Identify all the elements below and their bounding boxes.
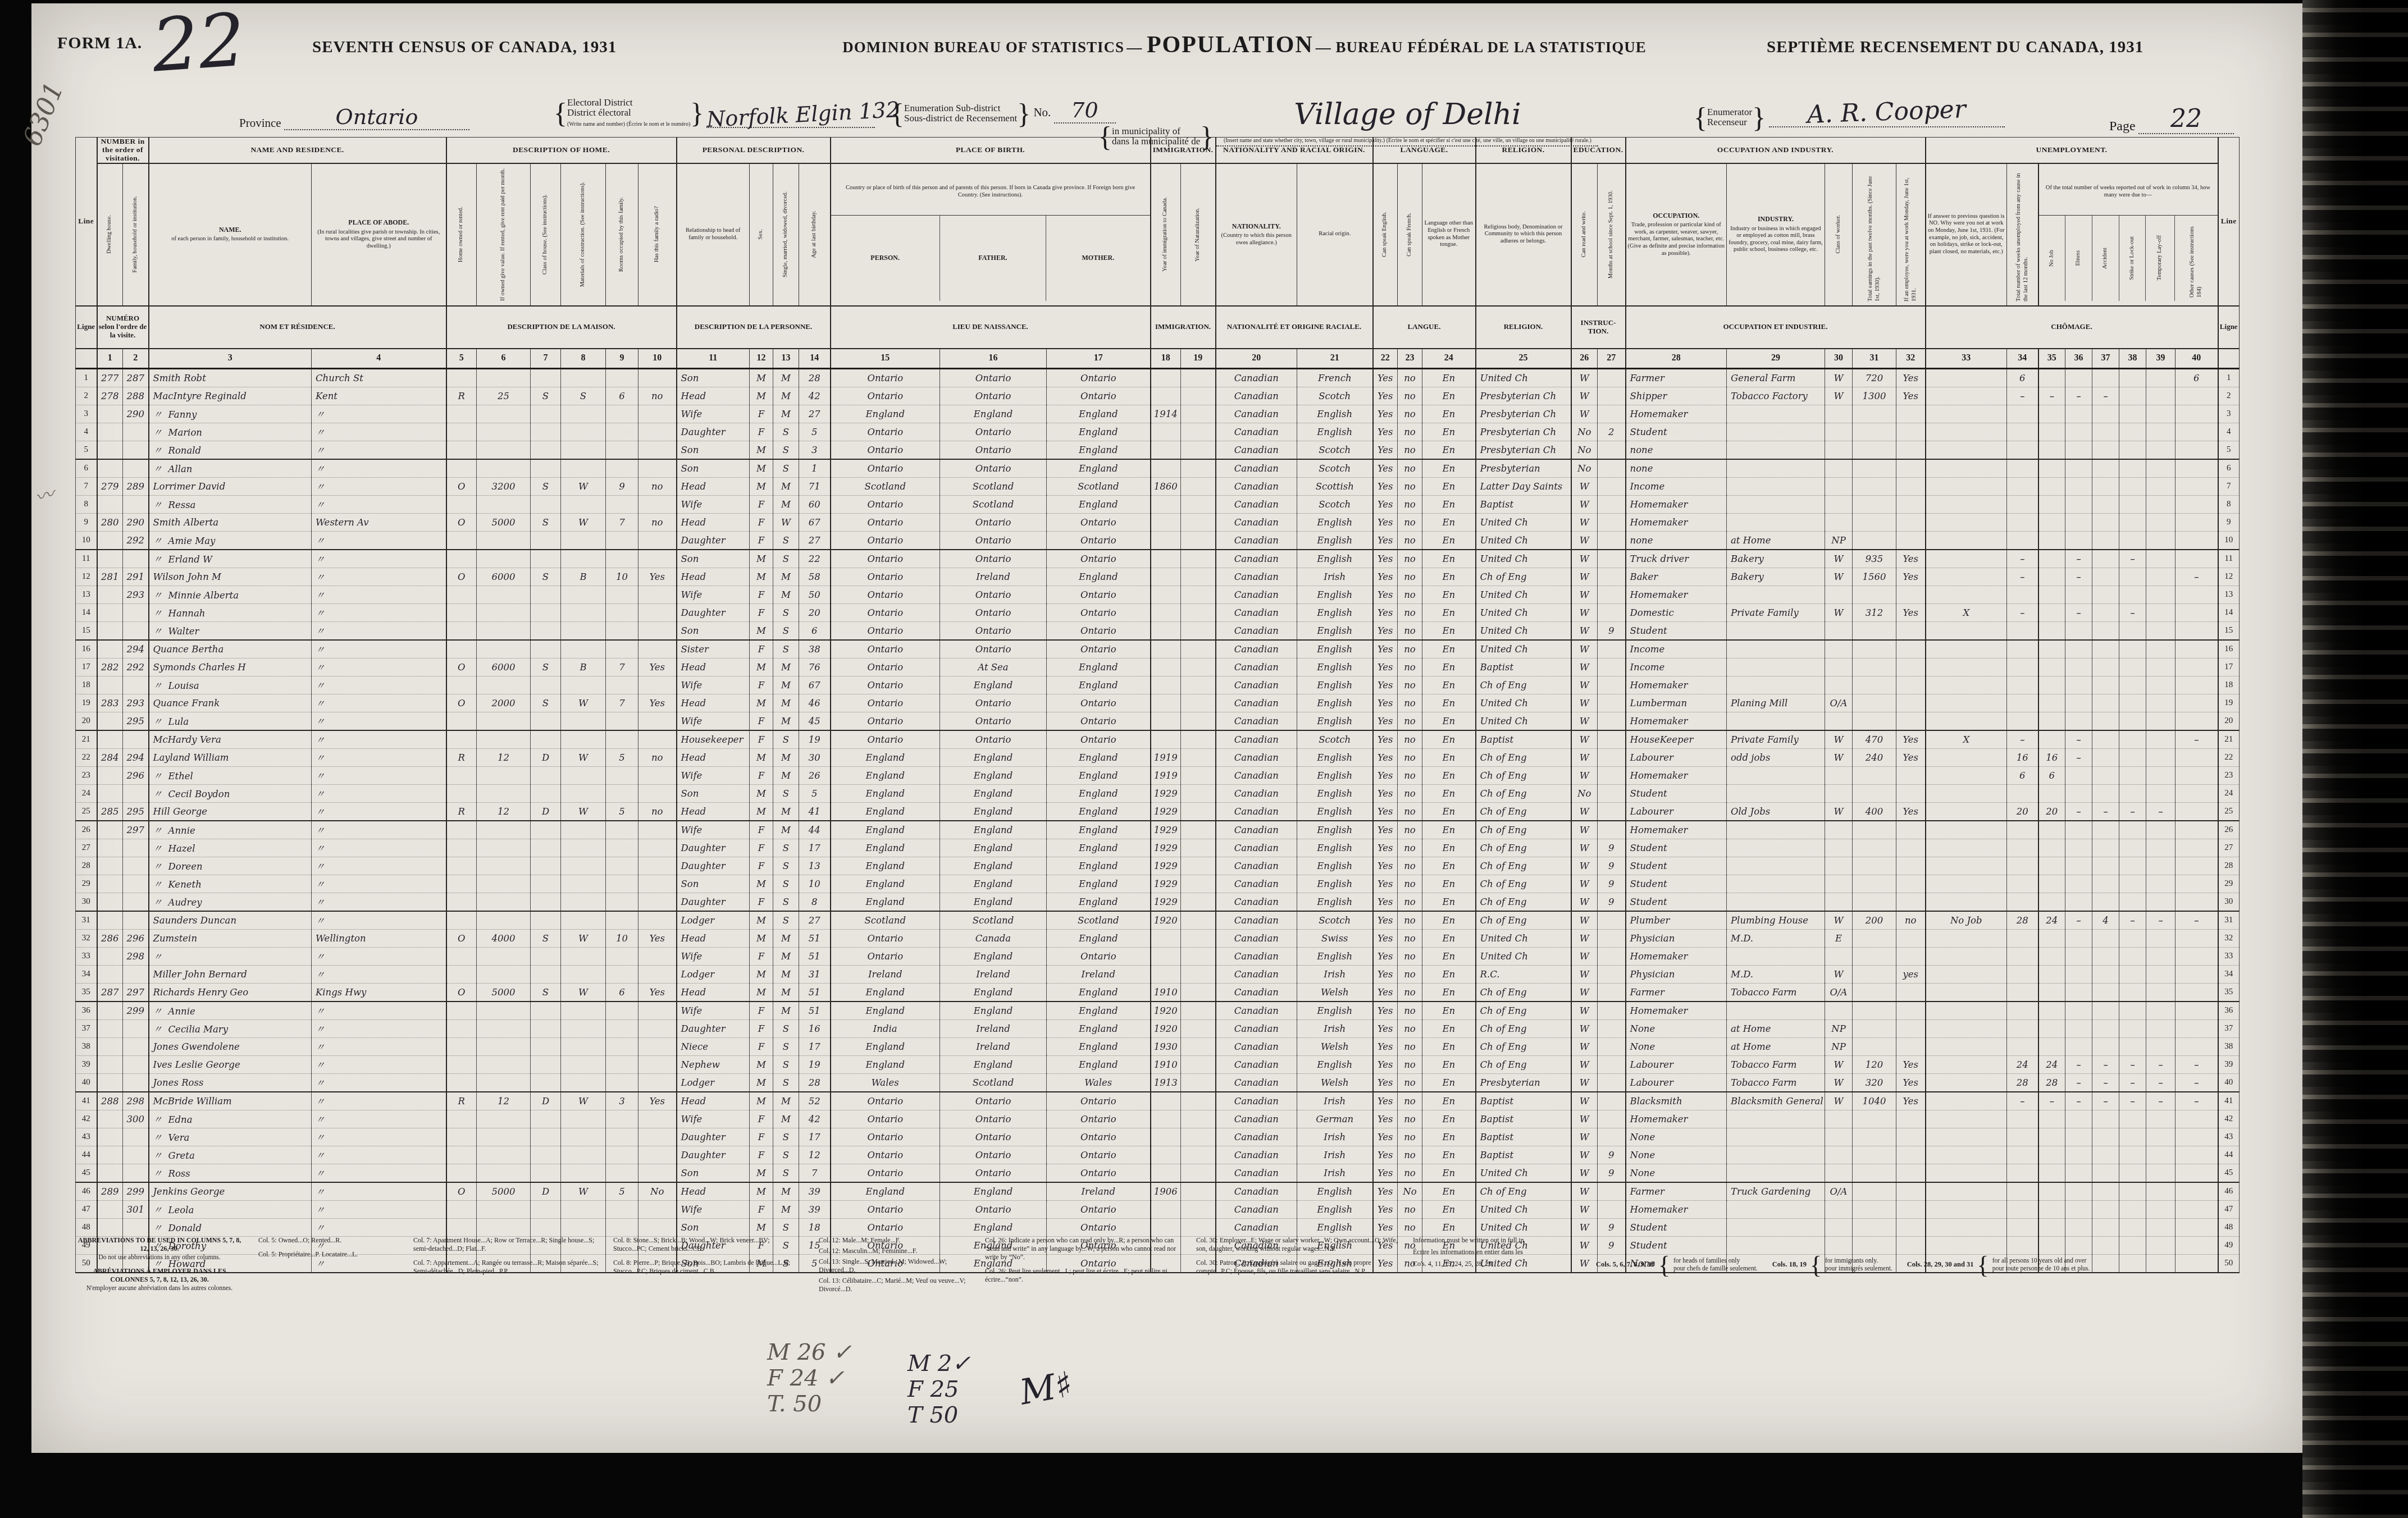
cell-r23-c33 — [1926, 766, 2007, 784]
cell-r5-c10 — [639, 441, 677, 459]
cell-r11-c38: – — [2119, 550, 2146, 568]
cell-r6-c16: Ontario — [940, 459, 1047, 478]
col-header-24: Language other than English or French sp… — [1422, 163, 1476, 306]
cell-r41-c28: Blacksmith — [1626, 1092, 1727, 1110]
cell-r4-c8 — [561, 423, 606, 441]
line-number-right: 21 — [2218, 730, 2240, 749]
cell-r22-c39 — [2146, 748, 2176, 766]
cell-r47-c33 — [1926, 1200, 2007, 1218]
cell-r38-c3: Jones Gwendolene — [149, 1037, 312, 1055]
cell-r32-c18 — [1151, 929, 1181, 947]
line-number-left: 28 — [76, 857, 97, 875]
col-number-30: 30 — [1825, 349, 1853, 369]
cell-r48-c31 — [1853, 1218, 1896, 1236]
cell-r4-c10 — [639, 423, 677, 441]
cell-r7-c5: O — [446, 477, 477, 495]
cell-r17-c22: Yes — [1373, 658, 1398, 676]
cell-r11-c40 — [2176, 550, 2218, 568]
cell-r43-c39 — [2146, 1128, 2176, 1146]
cell-r3-c20: Canadian — [1216, 405, 1297, 423]
cell-r15-c26: W — [1571, 621, 1598, 640]
cell-r17-c10: Yes — [639, 658, 677, 676]
cell-r31-c23: no — [1398, 911, 1422, 930]
cell-r38-c5 — [446, 1037, 477, 1055]
cell-r33-c18 — [1151, 947, 1181, 965]
cell-r9-c8: W — [561, 513, 606, 531]
line-number-left: 32 — [76, 929, 97, 947]
cell-r36-c35 — [2038, 1002, 2065, 1020]
cell-r26-c27 — [1598, 821, 1626, 839]
col-number-3: 3 — [149, 349, 312, 369]
cell-r45-c36 — [2065, 1164, 2092, 1182]
cell-r19-c10: Yes — [639, 694, 677, 712]
cell-r19-c28: Lumberman — [1626, 694, 1727, 712]
cell-r9-c35 — [2038, 513, 2065, 531]
cell-r10-c30: NP — [1825, 531, 1853, 550]
cell-r40-c36: – — [2065, 1073, 2092, 1092]
cell-r37-c2 — [123, 1019, 149, 1037]
table-row: 19283293Quance Frank〃O2000SW7YesHeadMM46… — [76, 694, 2240, 712]
cell-r18-c35 — [2038, 676, 2065, 694]
cell-r14-c26: W — [1571, 603, 1598, 621]
cell-r35-c18: 1910 — [1151, 983, 1181, 1002]
table-row: 28〃 Doreen〃DaughterFS13EnglandEnglandEng… — [76, 857, 2240, 875]
cell-r15-c30 — [1825, 621, 1853, 640]
cell-r21-c12: F — [750, 730, 773, 749]
cell-r25-c14: 41 — [799, 802, 831, 821]
cell-r22-c20: Canadian — [1216, 748, 1297, 766]
cell-r3-c8 — [561, 405, 606, 423]
cell-r1-c17: Ontario — [1047, 368, 1151, 387]
cell-r16-c34 — [2007, 640, 2038, 659]
line-number-left: 5 — [76, 441, 97, 459]
cell-r13-c21: English — [1297, 586, 1373, 603]
cell-r31-c6 — [477, 911, 531, 930]
line-number-left: 12 — [76, 568, 97, 586]
cell-r31-c24: En — [1422, 911, 1476, 930]
cell-r36-c10 — [639, 1002, 677, 1020]
cell-r39-c29: Tobacco Farm — [1727, 1055, 1825, 1073]
cell-r19-c4: 〃 — [312, 694, 446, 712]
cell-r16-c19 — [1181, 640, 1216, 659]
cell-r19-c31 — [1853, 694, 1896, 712]
cell-r44-c11: Daughter — [677, 1146, 750, 1164]
cell-r22-c33 — [1926, 748, 2007, 766]
col-number-24: 24 — [1422, 349, 1476, 369]
cell-r25-c2: 295 — [123, 802, 149, 821]
cell-r15-c23: no — [1398, 621, 1422, 640]
cell-r43-c17: Ontario — [1047, 1128, 1151, 1146]
cell-r40-c38: – — [2119, 1073, 2146, 1092]
cell-r8-c3: 〃 Ressa — [149, 495, 312, 513]
cell-r43-c37 — [2092, 1128, 2119, 1146]
cell-r12-c8: B — [561, 568, 606, 586]
cell-r42-c3: 〃 Edna — [149, 1110, 312, 1128]
cell-r11-c34: – — [2007, 550, 2038, 568]
cell-r23-c16: England — [940, 766, 1047, 784]
cell-r9-c38 — [2119, 513, 2146, 531]
cell-r5-c26: No — [1571, 441, 1598, 459]
cell-r28-c20: Canadian — [1216, 857, 1297, 875]
cell-r3-c10 — [639, 405, 677, 423]
cell-r23-c6 — [477, 766, 531, 784]
cell-r28-c30 — [1825, 857, 1853, 875]
cell-r46-c31 — [1853, 1182, 1896, 1201]
cell-r48-c16: England — [940, 1218, 1047, 1236]
cell-r30-c30 — [1825, 893, 1853, 911]
cell-r36-c14: 51 — [799, 1002, 831, 1020]
cell-r38-c35 — [2038, 1037, 2065, 1055]
cell-r9-c1: 280 — [97, 513, 123, 531]
cell-r13-c11: Wife — [677, 586, 750, 603]
cell-r48-c10 — [639, 1218, 677, 1236]
cell-r40-c37: – — [2092, 1073, 2119, 1092]
cell-r31-c28: Plumber — [1626, 911, 1727, 930]
cell-r45-c16: Ontario — [940, 1164, 1047, 1182]
cell-r42-c23: no — [1398, 1110, 1422, 1128]
line-number-right: 17 — [2218, 658, 2240, 676]
cell-r19-c38 — [2119, 694, 2146, 712]
cell-r40-c7 — [531, 1073, 561, 1092]
line-number-right: 20 — [2218, 712, 2240, 730]
line-number-left: 23 — [76, 766, 97, 784]
col-number-40: 40 — [2176, 349, 2218, 369]
cell-r23-c24: En — [1422, 766, 1476, 784]
cell-r20-c15: Ontario — [831, 712, 940, 730]
cell-r43-c28: None — [1626, 1128, 1727, 1146]
cell-r8-c21: Scotch — [1297, 495, 1373, 513]
cell-r16-c37 — [2092, 640, 2119, 659]
cell-r18-c39 — [2146, 676, 2176, 694]
cell-r25-c18: 1929 — [1151, 802, 1181, 821]
cell-r24-c17: England — [1047, 784, 1151, 802]
cell-r38-c17: England — [1047, 1037, 1151, 1055]
cell-r22-c17: England — [1047, 748, 1151, 766]
cell-r7-c21: Scottish — [1297, 477, 1373, 495]
cell-r45-c2 — [123, 1164, 149, 1182]
cell-r6-c36 — [2065, 459, 2092, 478]
cell-r41-c24: En — [1422, 1092, 1476, 1110]
col-header-29: INDUSTRY.Industry or business in which e… — [1727, 163, 1825, 306]
abbrev-fr: ABRÉVIATIONS À EMPLOYER DANS LES COLONNE… — [93, 1267, 226, 1283]
cell-r42-c4: 〃 — [312, 1110, 446, 1128]
cell-r15-c27: 9 — [1598, 621, 1626, 640]
cell-r8-c28: Homemaker — [1626, 495, 1727, 513]
cell-r25-c5: R — [446, 802, 477, 821]
cell-r15-c13: S — [773, 621, 799, 640]
cell-r44-c38 — [2119, 1146, 2146, 1164]
cell-r1-c9 — [606, 368, 639, 387]
cell-r29-c4: 〃 — [312, 875, 446, 893]
cell-r44-c39 — [2146, 1146, 2176, 1164]
cell-r42-c11: Wife — [677, 1110, 750, 1128]
cell-r24-c30 — [1825, 784, 1853, 802]
cell-r13-c10 — [639, 586, 677, 603]
cell-r40-c4: 〃 — [312, 1073, 446, 1092]
cell-r13-c37 — [2092, 586, 2119, 603]
cell-r33-c1 — [97, 947, 123, 965]
cell-r46-c40 — [2176, 1182, 2218, 1201]
cell-r23-c4: 〃 — [312, 766, 446, 784]
cell-r45-c33 — [1926, 1164, 2007, 1182]
cell-r38-c19 — [1181, 1037, 1216, 1055]
cell-r14-c13: S — [773, 603, 799, 621]
cell-r8-c30 — [1825, 495, 1853, 513]
cell-r40-c19 — [1181, 1073, 1216, 1092]
cell-r17-c27 — [1598, 658, 1626, 676]
cell-r8-c1 — [97, 495, 123, 513]
cell-r18-c10 — [639, 676, 677, 694]
col-number-8: 8 — [561, 349, 606, 369]
cell-r45-c26: W — [1571, 1164, 1598, 1182]
cell-r35-c14: 51 — [799, 983, 831, 1002]
group-header-fr-11: CHÔMAGE. — [1926, 306, 2218, 349]
line-number-left: 33 — [76, 947, 97, 965]
cell-r35-c13: M — [773, 983, 799, 1002]
cell-r34-c1 — [97, 965, 123, 983]
cell-r12-c4: 〃 — [312, 568, 446, 586]
cell-r17-c37 — [2092, 658, 2119, 676]
cell-r42-c16: Ontario — [940, 1110, 1047, 1128]
cell-r32-c17: England — [1047, 929, 1151, 947]
cell-r29-c1 — [97, 875, 123, 893]
cell-r6-c9 — [606, 459, 639, 478]
cell-r14-c1 — [97, 603, 123, 621]
cell-r47-c38 — [2119, 1200, 2146, 1218]
cell-r10-c40 — [2176, 531, 2218, 550]
cell-r42-c32 — [1896, 1110, 1926, 1128]
cell-r34-c31 — [1853, 965, 1896, 983]
cell-r21-c38 — [2119, 730, 2146, 749]
cell-r48-c30 — [1825, 1218, 1853, 1236]
cell-r40-c16: Scotland — [940, 1073, 1047, 1092]
cell-r8-c14: 60 — [799, 495, 831, 513]
cell-r33-c31 — [1853, 947, 1896, 965]
cell-r35-c4: Kings Hwy — [312, 983, 446, 1002]
cell-r30-c3: 〃 Audrey — [149, 893, 312, 911]
cell-r5-c17: England — [1047, 441, 1151, 459]
cell-r3-c40 — [2176, 405, 2218, 423]
cell-r35-c35 — [2038, 983, 2065, 1002]
cell-r39-c6 — [477, 1055, 531, 1073]
cell-r11-c20: Canadian — [1216, 550, 1297, 568]
cell-r42-c36 — [2065, 1110, 2092, 1128]
cell-r45-c8 — [561, 1164, 606, 1182]
cell-r15-c31 — [1853, 621, 1896, 640]
group-header-fr-10: OCCUPATION ET INDUSTRIE. — [1626, 306, 1926, 349]
cell-r22-c32: Yes — [1896, 748, 1926, 766]
cell-r20-c38 — [2119, 712, 2146, 730]
cell-r2-c14: 42 — [799, 387, 831, 405]
cell-r34-c7 — [531, 965, 561, 983]
cell-r36-c21: English — [1297, 1002, 1373, 1020]
cell-r48-c3: 〃 Donald — [149, 1218, 312, 1236]
cell-r34-c26: W — [1571, 965, 1598, 983]
cell-r38-c25: Ch of Eng — [1476, 1037, 1571, 1055]
cell-r16-c7 — [531, 640, 561, 659]
col-number-35: 35 — [2038, 349, 2065, 369]
cell-r44-c29 — [1727, 1146, 1825, 1164]
cell-r6-c29 — [1727, 459, 1825, 478]
cell-r22-c7: D — [531, 748, 561, 766]
group-header-fr-0: NUMÉRO selon l'ordre de la visite. — [97, 306, 149, 349]
cell-r11-c35 — [2038, 550, 2065, 568]
cell-r20-c32 — [1896, 712, 1926, 730]
cell-r36-c28: Homemaker — [1626, 1002, 1727, 1020]
cell-r34-c29: M.D. — [1727, 965, 1825, 983]
cell-r5-c33 — [1926, 441, 2007, 459]
cell-r10-c29: at Home — [1727, 531, 1825, 550]
cell-r39-c3: Ives Leslie George — [149, 1055, 312, 1073]
cell-r44-c9 — [606, 1146, 639, 1164]
cell-r5-c30 — [1825, 441, 1853, 459]
cell-r21-c32: Yes — [1896, 730, 1926, 749]
cell-r7-c3: Lorrimer David — [149, 477, 312, 495]
cell-r1-c38 — [2119, 368, 2146, 387]
cell-r10-c34 — [2007, 531, 2038, 550]
cell-r26-c3: 〃 Annie — [149, 821, 312, 839]
cell-r36-c22: Yes — [1373, 1002, 1398, 1020]
cell-r14-c37 — [2092, 603, 2119, 621]
table-row: 31Saunders Duncan〃LodgerMS27ScotlandScot… — [76, 911, 2240, 930]
cell-r8-c25: Baptist — [1476, 495, 1571, 513]
footer-notes: ABBREVIATIONS TO BE USED IN COLUMNS 5, 7… — [75, 1236, 2265, 1293]
cell-r43-c2 — [123, 1128, 149, 1146]
cell-r17-c23: no — [1398, 658, 1422, 676]
cell-r23-c39 — [2146, 766, 2176, 784]
cell-r10-c24: En — [1422, 531, 1476, 550]
cell-r41-c13: M — [773, 1092, 799, 1110]
cell-r31-c20: Canadian — [1216, 911, 1297, 930]
cell-r46-c33 — [1926, 1182, 2007, 1201]
cell-r22-c25: Ch of Eng — [1476, 748, 1571, 766]
table-row: 36299〃 Annie〃WifeFM51EnglandEnglandEngla… — [76, 1002, 2240, 1020]
cell-r43-c7 — [531, 1128, 561, 1146]
cell-r46-c2: 299 — [123, 1182, 149, 1201]
cell-r18-c27 — [1598, 676, 1626, 694]
cell-r27-c34 — [2007, 839, 2038, 857]
cell-r28-c17: England — [1047, 857, 1151, 875]
cell-r30-c15: England — [831, 893, 940, 911]
cell-r39-c4: 〃 — [312, 1055, 446, 1073]
cell-r7-c18: 1860 — [1151, 477, 1181, 495]
cell-r11-c32: Yes — [1896, 550, 1926, 568]
cell-r20-c3: 〃 Lula — [149, 712, 312, 730]
line-number-right: 25 — [2218, 802, 2240, 821]
cell-r2-c13: M — [773, 387, 799, 405]
cell-r11-c18 — [1151, 550, 1181, 568]
cell-r23-c25: Ch of Eng — [1476, 766, 1571, 784]
cell-r23-c17: England — [1047, 766, 1151, 784]
cell-r47-c4: 〃 — [312, 1200, 446, 1218]
cell-r34-c21: Irish — [1297, 965, 1373, 983]
cell-r16-c1 — [97, 640, 123, 659]
cell-r5-c29 — [1727, 441, 1825, 459]
col-header-4: PLACE OF ABODE.(In rural localities give… — [312, 163, 446, 306]
cell-r4-c1 — [97, 423, 123, 441]
cell-r10-c11: Daughter — [677, 531, 750, 550]
enumerator-label-en: Enumerator — [1707, 107, 1752, 117]
cell-r24-c2 — [123, 784, 149, 802]
cell-r34-c40 — [2176, 965, 2218, 983]
cell-r28-c8 — [561, 857, 606, 875]
cell-r13-c8 — [561, 586, 606, 603]
col-number-37: 37 — [2092, 349, 2119, 369]
cell-r13-c30 — [1825, 586, 1853, 603]
cell-r15-c3: 〃 Walter — [149, 621, 312, 640]
table-row: 2278288MacIntyre ReginaldKentR25SS6noHea… — [76, 387, 2240, 405]
table-row: 40Jones Ross〃LodgerMS28WalesScotlandWale… — [76, 1073, 2240, 1092]
col-number-34: 34 — [2007, 349, 2038, 369]
cell-r44-c34 — [2007, 1146, 2038, 1164]
cell-r47-c8 — [561, 1200, 606, 1218]
cell-r14-c36: – — [2065, 603, 2092, 621]
cell-r46-c18: 1906 — [1151, 1182, 1181, 1201]
cell-r18-c29 — [1727, 676, 1825, 694]
cell-r41-c9: 3 — [606, 1092, 639, 1110]
cell-r42-c15: Ontario — [831, 1110, 940, 1128]
cell-r3-c15: England — [831, 405, 940, 423]
cell-r1-c22: Yes — [1373, 368, 1398, 387]
cell-r22-c3: Layland William — [149, 748, 312, 766]
cell-r39-c35: 24 — [2038, 1055, 2065, 1073]
cell-r10-c21: English — [1297, 531, 1373, 550]
cell-r7-c12: M — [750, 477, 773, 495]
line-number-right: 31 — [2218, 911, 2240, 930]
cell-r35-c2: 297 — [123, 983, 149, 1002]
cell-r47-c36 — [2065, 1200, 2092, 1218]
cell-r10-c15: Ontario — [831, 531, 940, 550]
cell-r32-c25: United Ch — [1476, 929, 1571, 947]
cell-r38-c12: F — [750, 1037, 773, 1055]
cell-r47-c3: 〃 Leola — [149, 1200, 312, 1218]
cell-r46-c24: En — [1422, 1182, 1476, 1201]
cell-r15-c16: Ontario — [940, 621, 1047, 640]
table-row: 11〃 Erland W〃SonMS22OntarioOntarioOntari… — [76, 550, 2240, 568]
cell-r22-c1: 284 — [97, 748, 123, 766]
cell-r16-c11: Sister — [677, 640, 750, 659]
cell-r6-c24: En — [1422, 459, 1476, 478]
cell-r28-c38 — [2119, 857, 2146, 875]
cell-r24-c21: English — [1297, 784, 1373, 802]
cell-r24-c3: 〃 Cecil Boydon — [149, 784, 312, 802]
cell-r9-c17: Ontario — [1047, 513, 1151, 531]
cell-r33-c40 — [2176, 947, 2218, 965]
cell-r47-c11: Wife — [677, 1200, 750, 1218]
cell-r36-c9 — [606, 1002, 639, 1020]
cell-r1-c30: W — [1825, 368, 1853, 387]
cell-r9-c3: Smith Alberta — [149, 513, 312, 531]
cell-r23-c32 — [1896, 766, 1926, 784]
cell-r46-c27 — [1598, 1182, 1626, 1201]
cell-r12-c28: Baker — [1626, 568, 1727, 586]
cell-r17-c7: S — [531, 658, 561, 676]
cell-r48-c35 — [2038, 1218, 2065, 1236]
cell-r2-c20: Canadian — [1216, 387, 1297, 405]
cell-r30-c35 — [2038, 893, 2065, 911]
cell-r22-c31: 240 — [1853, 748, 1896, 766]
cell-r31-c36: – — [2065, 911, 2092, 930]
ligne-header-left: Ligne — [76, 306, 97, 349]
cell-r21-c34: – — [2007, 730, 2038, 749]
cell-r25-c25: Ch of Eng — [1476, 802, 1571, 821]
cell-r41-c33 — [1926, 1092, 2007, 1110]
table-row: 16294Quance Bertha〃SisterFS38OntarioOnta… — [76, 640, 2240, 659]
line-number-left: 25 — [76, 802, 97, 821]
cell-r26-c23: no — [1398, 821, 1422, 839]
cell-r14-c8 — [561, 603, 606, 621]
cell-r1-c24: En — [1422, 368, 1476, 387]
